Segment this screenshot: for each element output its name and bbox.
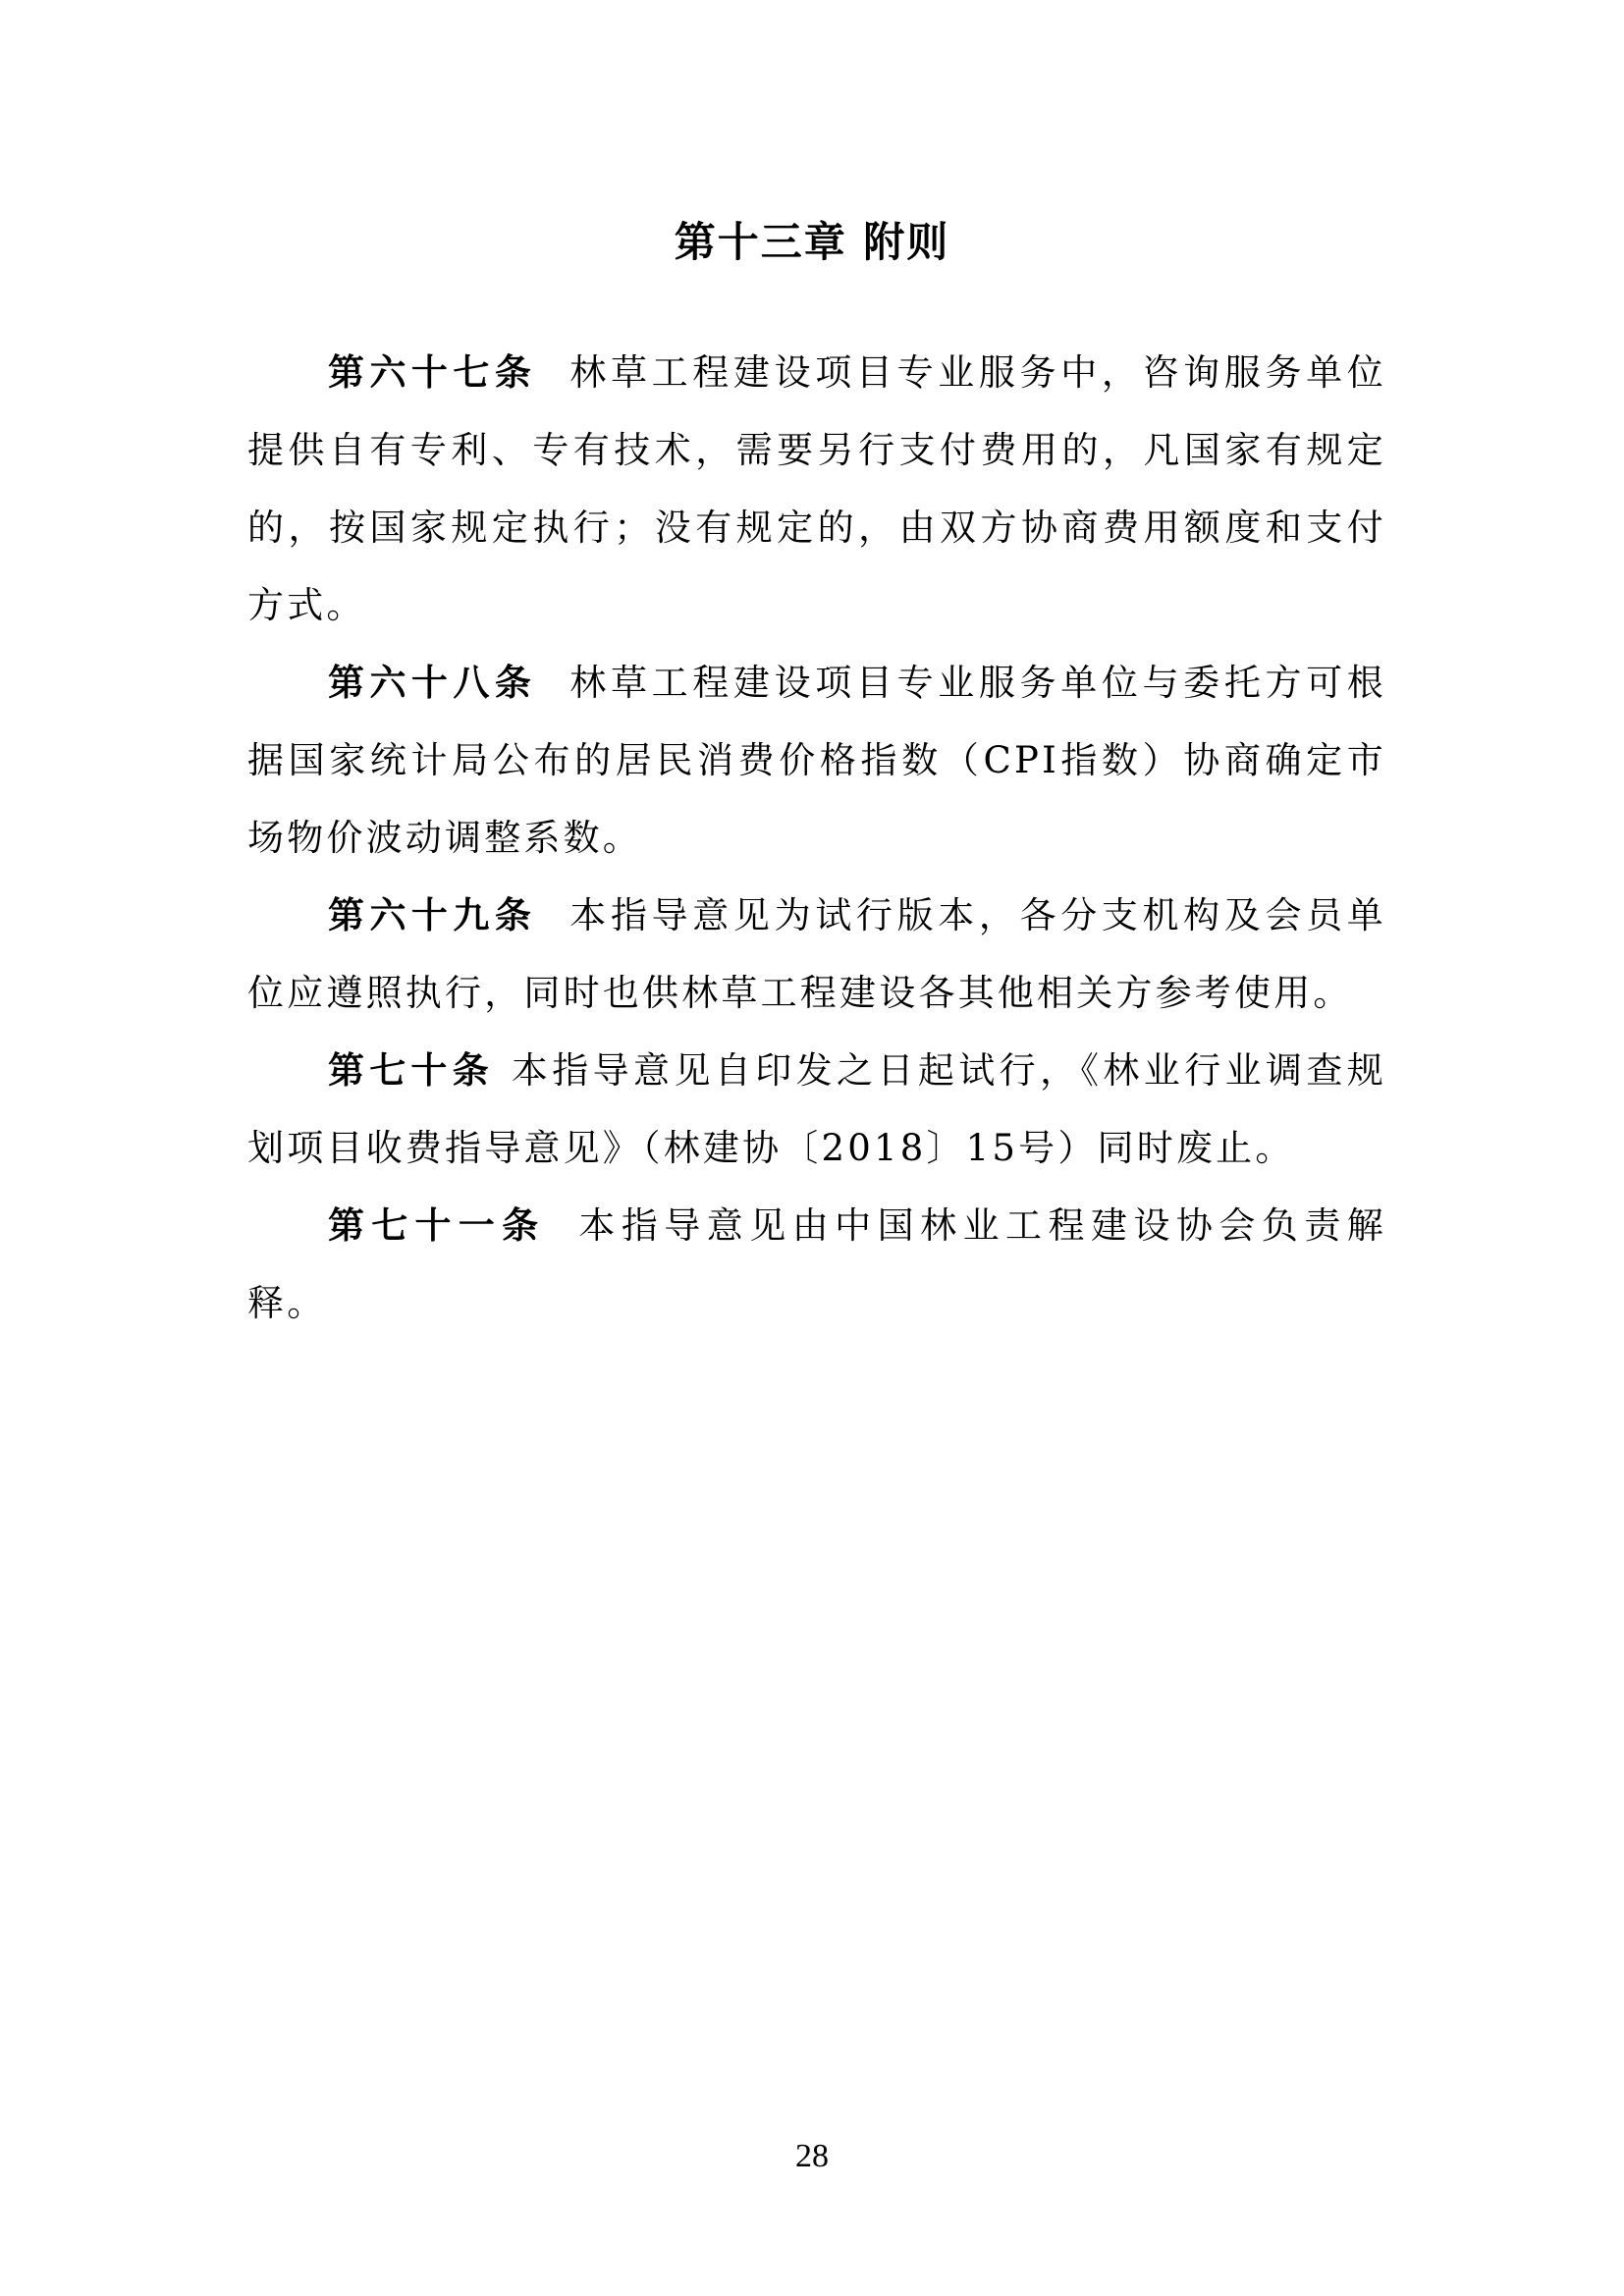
article-number: 第六十八条 [328, 662, 536, 704]
page-number: 28 [0, 2138, 1624, 2175]
article-number: 第六十九条 [328, 894, 536, 936]
chapter-title: 第十三章 附则 [0, 210, 1624, 269]
article-67: 第六十七条林草工程建设项目专业服务中，咨询服务单位提供自有专利、专有技术，需要另… [247, 334, 1386, 644]
article-number: 第七十一条 [328, 1204, 545, 1247]
article-68: 第六十八条林草工程建设项目专业服务单位与委托方可根据国家统计局公布的居民消费价格… [247, 644, 1386, 877]
article-69: 第六十九条本指导意见为试行版本，各分支机构及会员单位应遵照执行，同时也供林草工程… [247, 877, 1386, 1032]
document-body: 第六十七条林草工程建设项目专业服务中，咨询服务单位提供自有专利、专有技术，需要另… [247, 334, 1386, 1342]
article-71: 第七十一条本指导意见由中国林业工程建设协会负责解释。 [247, 1187, 1386, 1342]
article-number: 第六十七条 [328, 351, 536, 394]
article-70: 第七十条本指导意见自印发之日起试行，《林业行业调查规划项目收费指导意见》（林建协… [247, 1032, 1386, 1187]
article-number: 第七十条 [328, 1049, 494, 1092]
